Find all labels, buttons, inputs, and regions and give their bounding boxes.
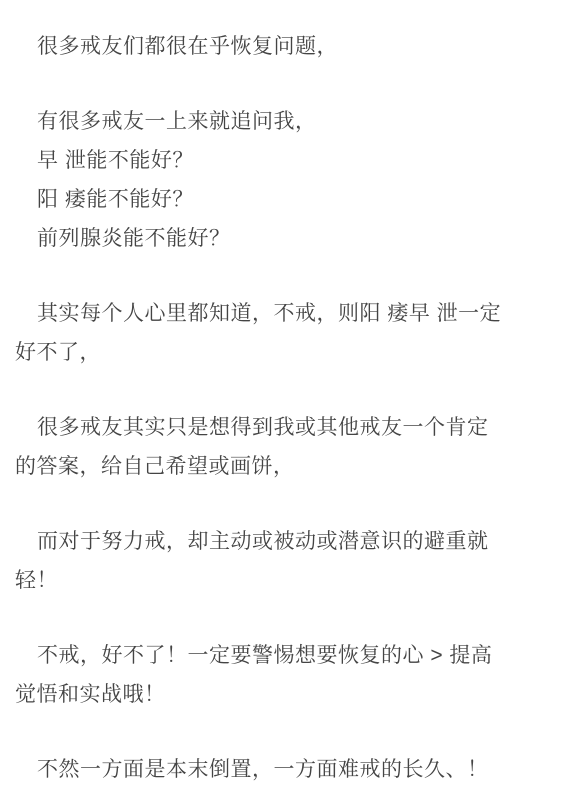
text-line: 轻！ — [15, 561, 568, 600]
text-line: 前列腺炎能不能好？ — [15, 219, 568, 258]
text-line: 有很多戒友一上来就追问我， — [15, 102, 568, 141]
text-line: 其实每个人心里都知道，不戒，则阳 痿早 泄一定 — [15, 294, 568, 333]
article-body: 很多戒友们都很在乎恢复问题， 有很多戒友一上来就追问我， 早 泄能不能好？ 阳 … — [0, 0, 580, 794]
text-line: 的答案，给自己希望或画饼， — [15, 447, 568, 486]
paragraph: 有很多戒友一上来就追问我， 早 泄能不能好？ 阳 痿能不能好？ 前列腺炎能不能好… — [15, 102, 568, 258]
text-line: 不戒，好不了！一定要警惕想要恢复的心 > 提高 — [15, 636, 568, 675]
text-line: 早 泄能不能好？ — [15, 141, 568, 180]
paragraph: 很多戒友其实只是想得到我或其他戒友一个肯定 的答案，给自己希望或画饼， — [15, 408, 568, 486]
paragraph: 其实每个人心里都知道，不戒，则阳 痿早 泄一定 好不了， — [15, 294, 568, 372]
paragraph: 很多戒友们都很在乎恢复问题， — [15, 27, 568, 66]
paragraph: 不戒，好不了！一定要警惕想要恢复的心 > 提高 觉悟和实战哦！ — [15, 636, 568, 714]
text-line: 好不了， — [15, 333, 568, 372]
paragraph: 而对于努力戒，却主动或被动或潜意识的避重就 轻！ — [15, 522, 568, 600]
text-line: 而对于努力戒，却主动或被动或潜意识的避重就 — [15, 522, 568, 561]
text-line: 阳 痿能不能好？ — [15, 180, 568, 219]
text-line: 很多戒友们都很在乎恢复问题， — [15, 27, 568, 66]
text-line: 很多戒友其实只是想得到我或其他戒友一个肯定 — [15, 408, 568, 447]
paragraph: 不然一方面是本末倒置，一方面难戒的长久、！ — [15, 750, 568, 789]
text-line: 觉悟和实战哦！ — [15, 675, 568, 714]
text-line: 不然一方面是本末倒置，一方面难戒的长久、！ — [15, 750, 568, 789]
